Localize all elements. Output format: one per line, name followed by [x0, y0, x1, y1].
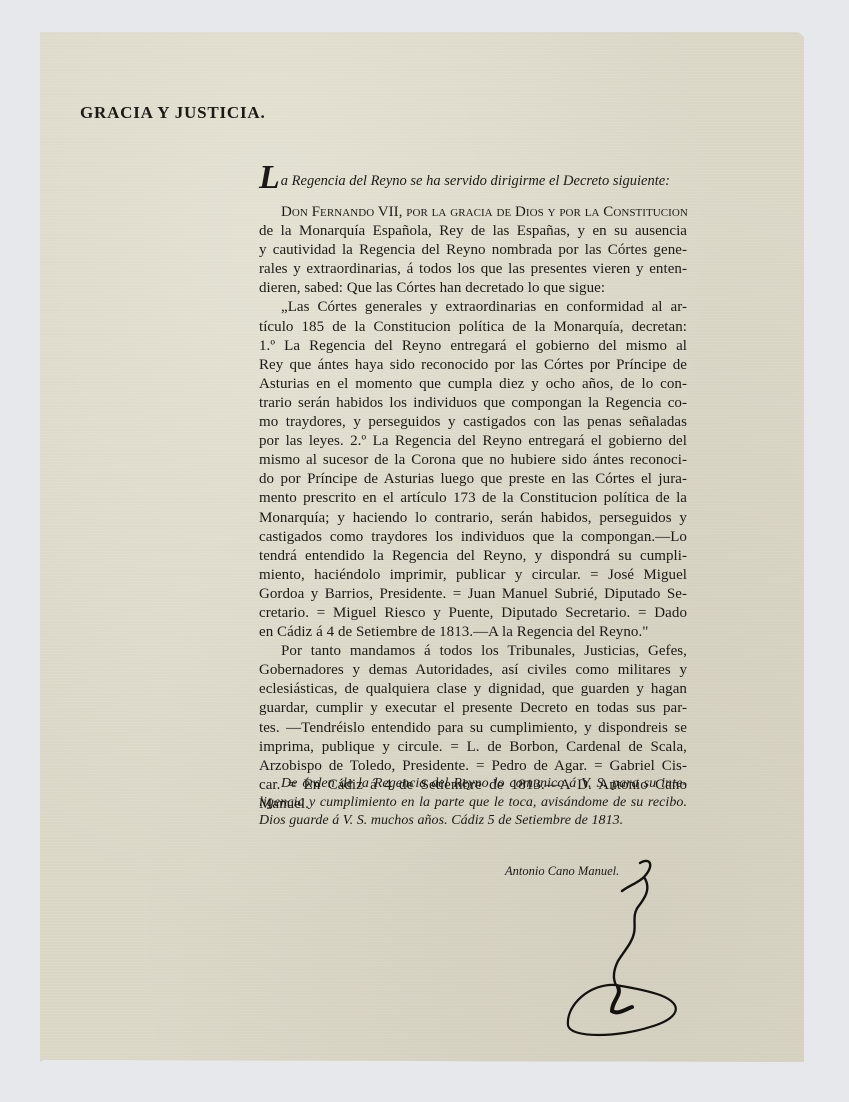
decree-line: mento prescrito en el artículo 173 de la…: [259, 489, 687, 508]
decree-line: „Las Córtes generales y extraordinarias …: [259, 298, 687, 317]
decree-line: imprima, publique y circule. = L. de Bor…: [259, 738, 687, 757]
decree-body: La Regencia del Reyno se ha servido diri…: [259, 168, 687, 814]
decree-line: en Cádiz á 4 de Setiembre de 1813.—A la …: [259, 623, 687, 642]
closing-paragraph: De órden de la Regencia del Reyno lo com…: [259, 775, 687, 831]
decree-line: Gobernadores y demas Autoridades, así ci…: [259, 661, 687, 680]
intro-text: a Regencia del Reyno se ha servido dirig…: [281, 173, 670, 189]
decree-line: trario serán habidos los individuos que …: [259, 394, 687, 413]
decree-line: de la Monarquía Española, Rey de las Esp…: [259, 222, 687, 241]
decree-line: tes. —Tendréislo entendido para su cumpl…: [259, 719, 687, 738]
decree-line: 1.º La Regencia del Reyno entregará el g…: [259, 337, 687, 356]
decree-line: y cautividad la Regencia del Reyno nombr…: [259, 241, 687, 260]
decree-line: mo traydores, y perseguidos y castigados…: [259, 413, 687, 432]
decree-line: eclesiásticas, de qualquiera clase y dig…: [259, 680, 687, 699]
decree-line: Don Fernando VII, por la gracia de Dios …: [259, 203, 687, 222]
decree-line: rales y extraordinarias, á todos los que…: [259, 260, 687, 279]
intro-line: La Regencia del Reyno se ha servido diri…: [259, 168, 687, 191]
decree-line: do por Príncipe de Asturias luego que pr…: [259, 470, 687, 489]
decree-line: Asturias en el momento que cumpla diez y…: [259, 375, 687, 394]
decree-line: Monarquía; y haciendo lo contrario, será…: [259, 509, 687, 528]
decree-line: castigados como traydores los individuos…: [259, 528, 687, 547]
handwritten-signature-icon: [560, 855, 700, 1045]
decree-line: guardar, cumplir y executar el presente …: [259, 699, 687, 718]
decree-line: tendrá entendido la Regencia del Reyno, …: [259, 547, 687, 566]
closing-line: ligencia y cumplimiento en la parte que …: [259, 794, 687, 813]
decree-line: cretario. = Miguel Riesco y Puente, Dipu…: [259, 604, 687, 623]
closing-line: Dios guarde á V. S. muchos años. Cádiz 5…: [259, 812, 687, 831]
decree-line: Rey que ántes haya sido reconocido por l…: [259, 356, 687, 375]
decree-line: mismo al sucesor de la Corona que no hub…: [259, 451, 687, 470]
decree-line: dieren, sabed: Que las Córtes han decret…: [259, 279, 687, 298]
section-title: GRACIA Y JUSTICIA.: [80, 103, 266, 123]
decree-line: Arzobispo de Toledo, Presidente. = Pedro…: [259, 757, 687, 776]
closing-line: De órden de la Regencia del Reyno lo com…: [259, 775, 687, 794]
decree-line: tículo 185 de la Constitucion política d…: [259, 318, 687, 337]
decree-line: por las leyes. 2.º La Regencia del Reyno…: [259, 432, 687, 451]
decree-line: Gordoa y Barrios, Presidente. = Juan Man…: [259, 585, 687, 604]
decree-line: Por tanto mandamos á todos los Tribunale…: [259, 642, 687, 661]
dropcap-letter: L: [259, 159, 280, 196]
decree-line: miento, haciéndolo imprimir, publicar y …: [259, 566, 687, 585]
